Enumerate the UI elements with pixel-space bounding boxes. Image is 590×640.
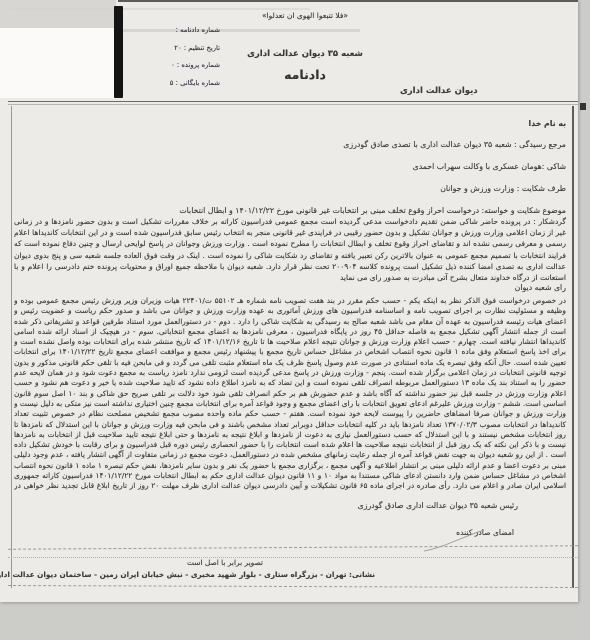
scan-corner-shade: [0, 0, 116, 30]
field-archive-number: شماره بایگانی : ۵: [124, 79, 220, 97]
field-case-number: شماره پرونده : ۰: [124, 61, 220, 79]
redaction-box: [0, 28, 114, 98]
quran-verse: «فلا تتبعوا الهوی ان تعدلوا»: [180, 11, 430, 20]
verdict-heading: رای شعبه دیوان: [14, 283, 566, 292]
bismillah: به نام خدا: [14, 119, 566, 128]
document-meta-fields: شماره دادنامه : تاریخ تنظیم : ۲۰ شماره پ…: [124, 26, 220, 96]
scanned-document: «فلا تتبعوا الهوی ان تعدلوا» شعبه ۳۵ دیو…: [0, 0, 578, 602]
judge-signature-line: رئیس شعبه ۳۵ دیوان عدالت اداری صادق گودر…: [14, 501, 518, 510]
case-defendant-line: طرف شکایت : وزارت ورزش و جوانان: [14, 184, 566, 193]
case-subject-line: موضوع شکایت و خواسته: درخواست احراز وقوع…: [14, 206, 566, 215]
header-divider: [8, 101, 578, 102]
scan-top-edge-line: [118, 0, 578, 2]
organization-name: دیوان عدالت اداری: [400, 86, 568, 96]
court-address: نشانی: تهران - بزرگراه ستاری - بلوار شهی…: [45, 570, 375, 579]
redaction-bar: [114, 6, 123, 98]
field-dadnameh-number: شماره دادنامه :: [124, 26, 220, 44]
case-authority-line: مرجع رسیدگی : شعبه ۳۵ دیوان عدالت اداری …: [14, 140, 566, 149]
field-date: تاریخ تنظیم : ۲۰: [124, 44, 220, 62]
case-plaintiff-line: شاکی :هومان عسکری با وکالت سهراب احمدی: [14, 162, 566, 171]
proceedings-paragraph: گردشکار : در پرونده حاضر شاکی ضمن تقدیم …: [14, 216, 566, 284]
verdict-paragraph: در خصوص درخواست فوق الذکر نظر به اینکه ی…: [14, 296, 566, 492]
header-divider-echo: [8, 104, 578, 105]
body-right-border: [572, 106, 574, 588]
tear-line: [8, 585, 578, 588]
scan-streak: [10, 8, 310, 10]
scan-edge-mark: [580, 103, 586, 110]
tear-line: [8, 545, 578, 549]
certified-copy-stamp-text: تصویر برابر با اصل است: [140, 558, 310, 567]
pen-signature-mark: [420, 528, 490, 554]
body-left-border: [11, 106, 12, 588]
